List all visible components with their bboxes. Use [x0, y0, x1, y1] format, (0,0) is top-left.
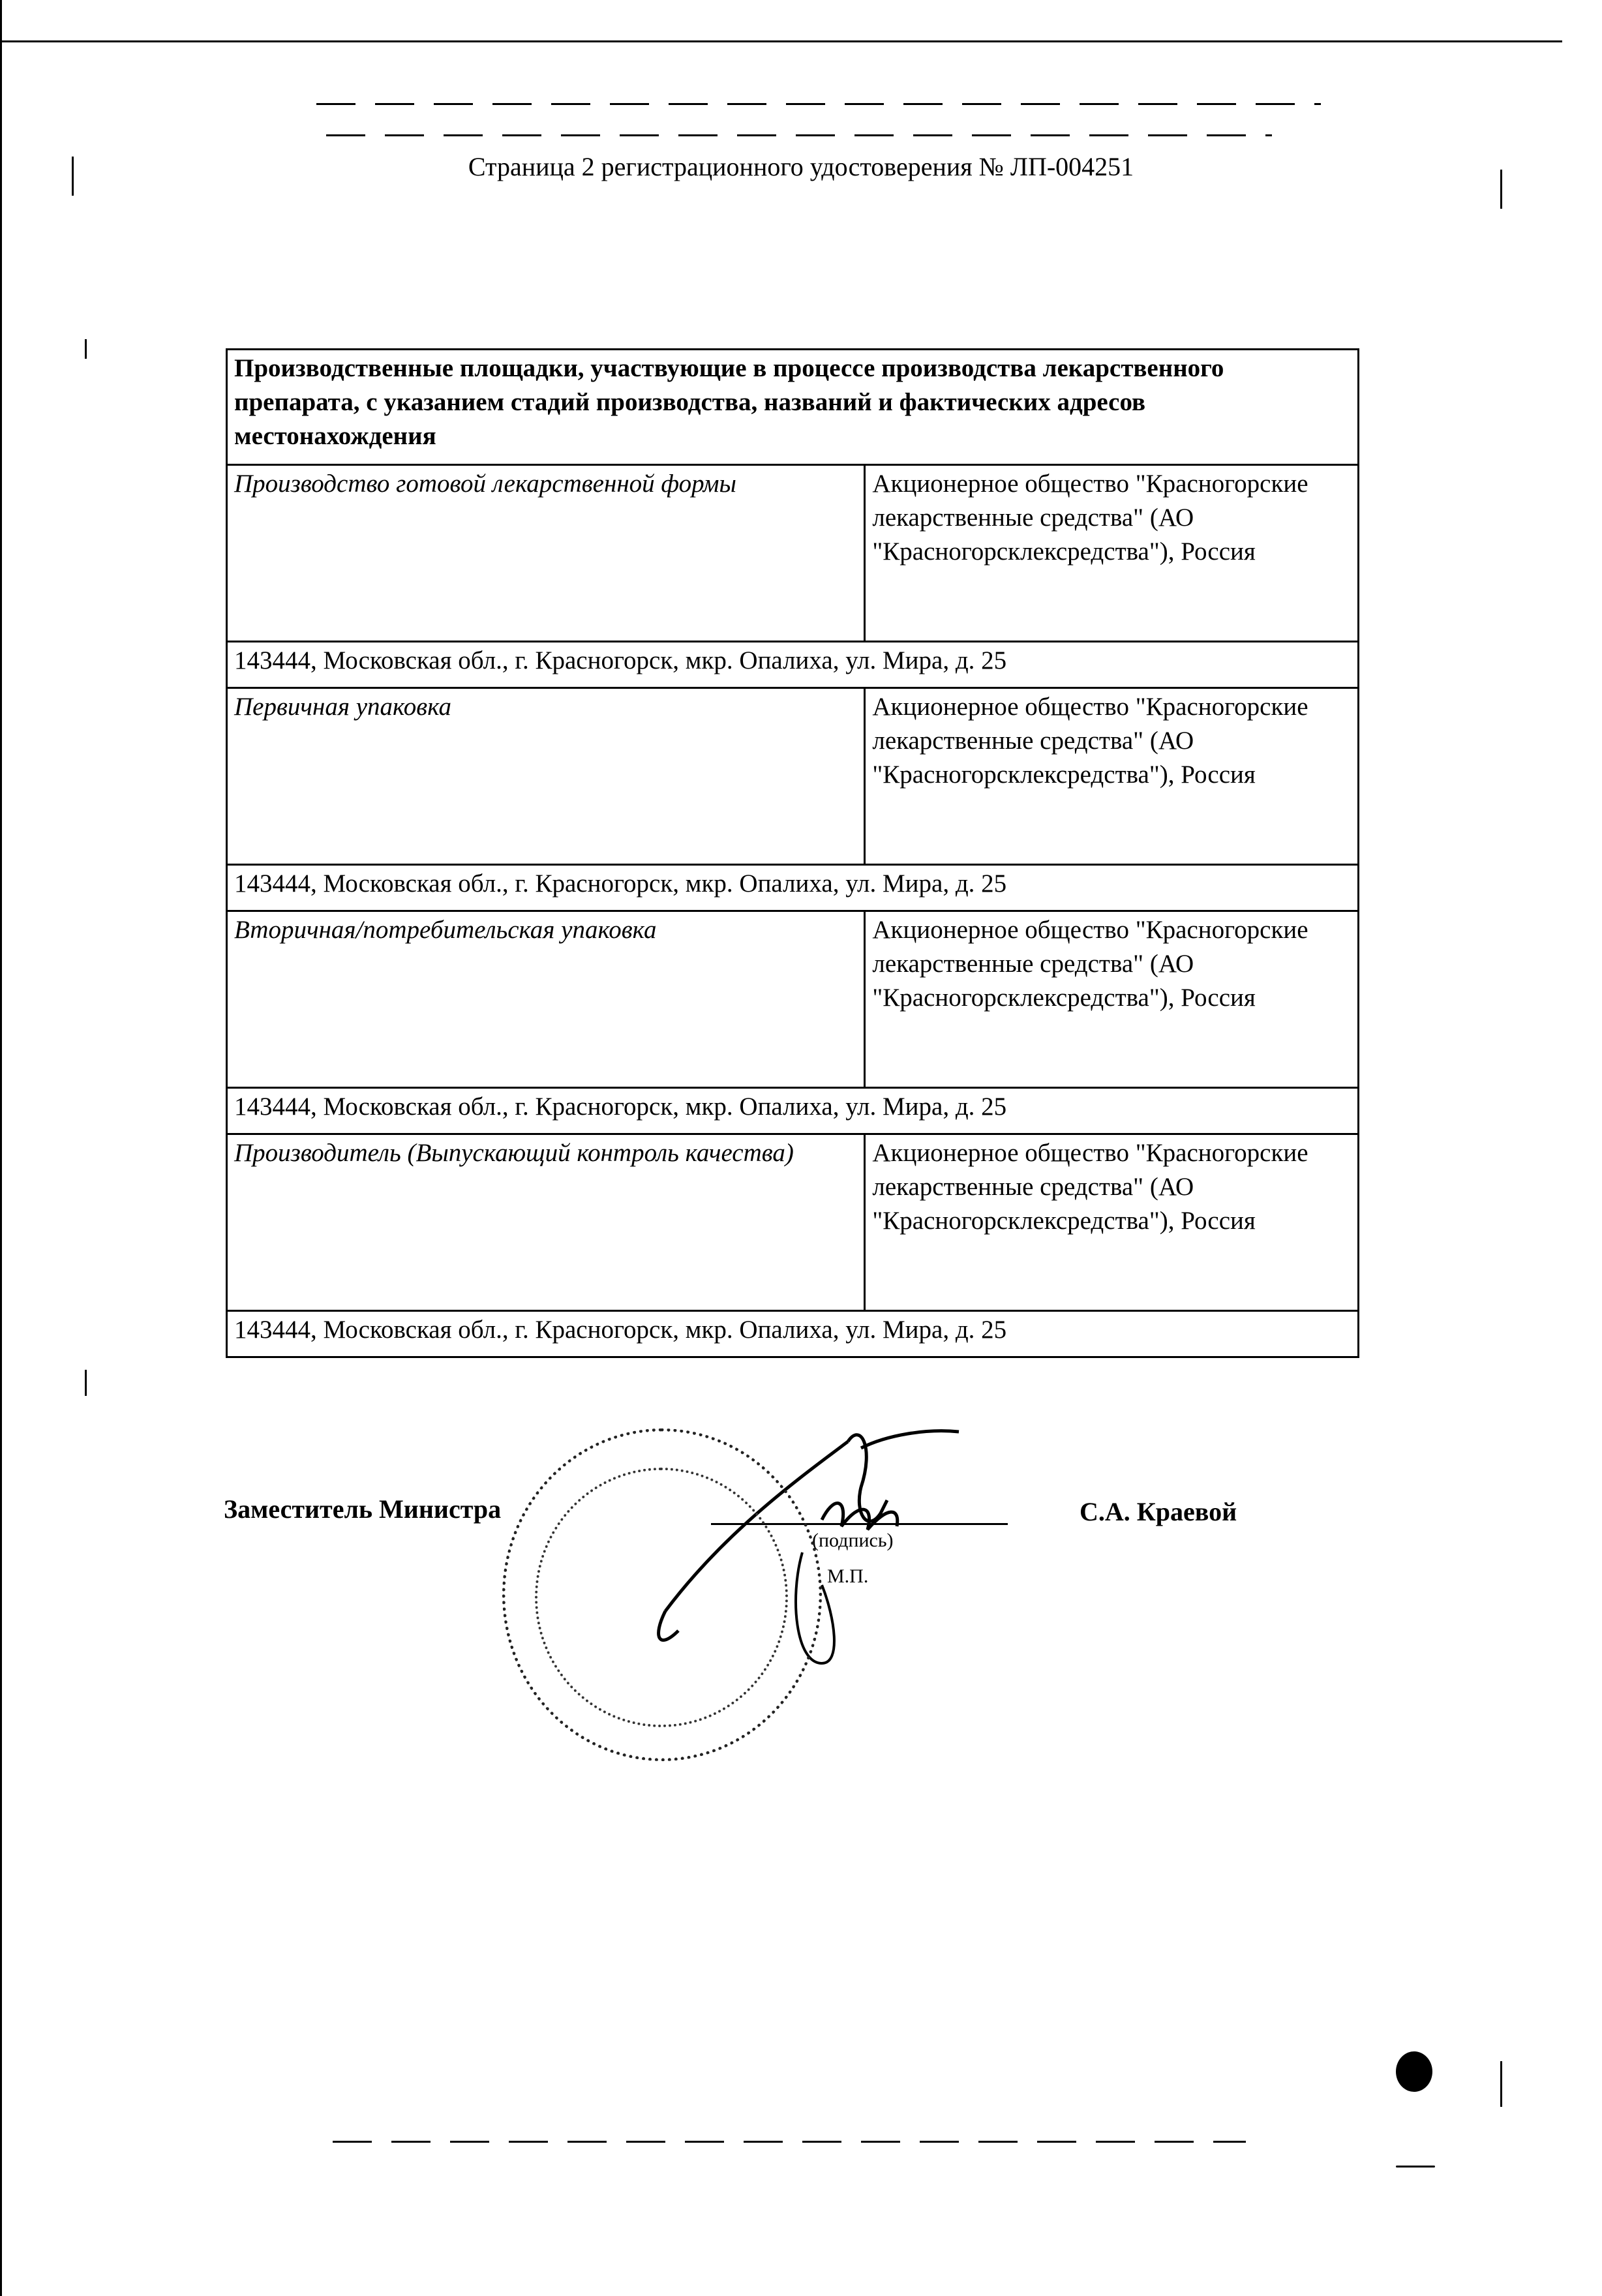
table-row: Производитель (Выпускающий контроль каче…: [227, 1134, 1359, 1311]
table-header-row: Производственные площадки, участвующие в…: [227, 350, 1359, 465]
stage-cell: Производство готовой лекарственной формы: [227, 465, 865, 642]
stage-cell: Первичная упаковка: [227, 688, 865, 865]
address-row: 143444, Московская обл., г. Красногорск,…: [227, 1088, 1359, 1134]
organization-cell: Акционерное общество "Красногорские лека…: [865, 911, 1359, 1088]
address-cell: 143444, Московская обл., г. Красногорск,…: [227, 642, 1359, 688]
table-header-cell: Производственные площадки, участвующие в…: [227, 350, 1359, 465]
address-cell: 143444, Московская обл., г. Красногорск,…: [227, 1311, 1359, 1357]
stage-cell: Вторичная/потребительская упаковка: [227, 911, 865, 1088]
address-cell: 143444, Московская обл., г. Красногорск,…: [227, 1088, 1359, 1134]
production-sites-table: Производственные площадки, участвующие в…: [226, 348, 1359, 1358]
scan-curve-bottom-right: [1396, 2166, 1435, 2168]
signatory-name: С.А. Краевой: [1080, 1496, 1237, 1527]
scan-dash-line-top-2: [326, 134, 1272, 136]
organization-cell: Акционерное общество "Красногорские лека…: [865, 465, 1359, 642]
organization-cell: Акционерное общество "Красногорские лека…: [865, 1134, 1359, 1311]
scan-mark-left: [72, 157, 74, 196]
address-row: 143444, Московская обл., г. Красногорск,…: [227, 642, 1359, 688]
scan-mark-left-3: [85, 1370, 87, 1396]
punch-hole-icon: [1396, 2051, 1432, 2092]
scan-mark-right-2: [1500, 2061, 1502, 2107]
table-row: Вторичная/потребительская упаковка Акцио…: [227, 911, 1359, 1088]
scan-mark-right: [1500, 170, 1502, 209]
scan-edge-top: [0, 40, 1562, 42]
official-stamp-inner-ring: [535, 1468, 788, 1727]
table-row: Первичная упаковка Акционерное общество …: [227, 688, 1359, 865]
page-title: Страница 2 регистрационного удостоверени…: [0, 151, 1602, 182]
address-row: 143444, Московская обл., г. Красногорск,…: [227, 865, 1359, 911]
organization-cell: Акционерное общество "Красногорские лека…: [865, 688, 1359, 865]
signatory-position: Заместитель Министра: [224, 1494, 501, 1524]
table-row: Производство готовой лекарственной формы…: [227, 465, 1359, 642]
scan-dash-line-bottom: [333, 2141, 1246, 2143]
scan-edge-left: [0, 0, 2, 2296]
scan-mark-left-2: [85, 339, 87, 359]
stage-cell: Производитель (Выпускающий контроль каче…: [227, 1134, 865, 1311]
scan-dash-line-top-1: [316, 103, 1321, 105]
address-row: 143444, Московская обл., г. Красногорск,…: [227, 1311, 1359, 1357]
address-cell: 143444, Московская обл., г. Красногорск,…: [227, 865, 1359, 911]
